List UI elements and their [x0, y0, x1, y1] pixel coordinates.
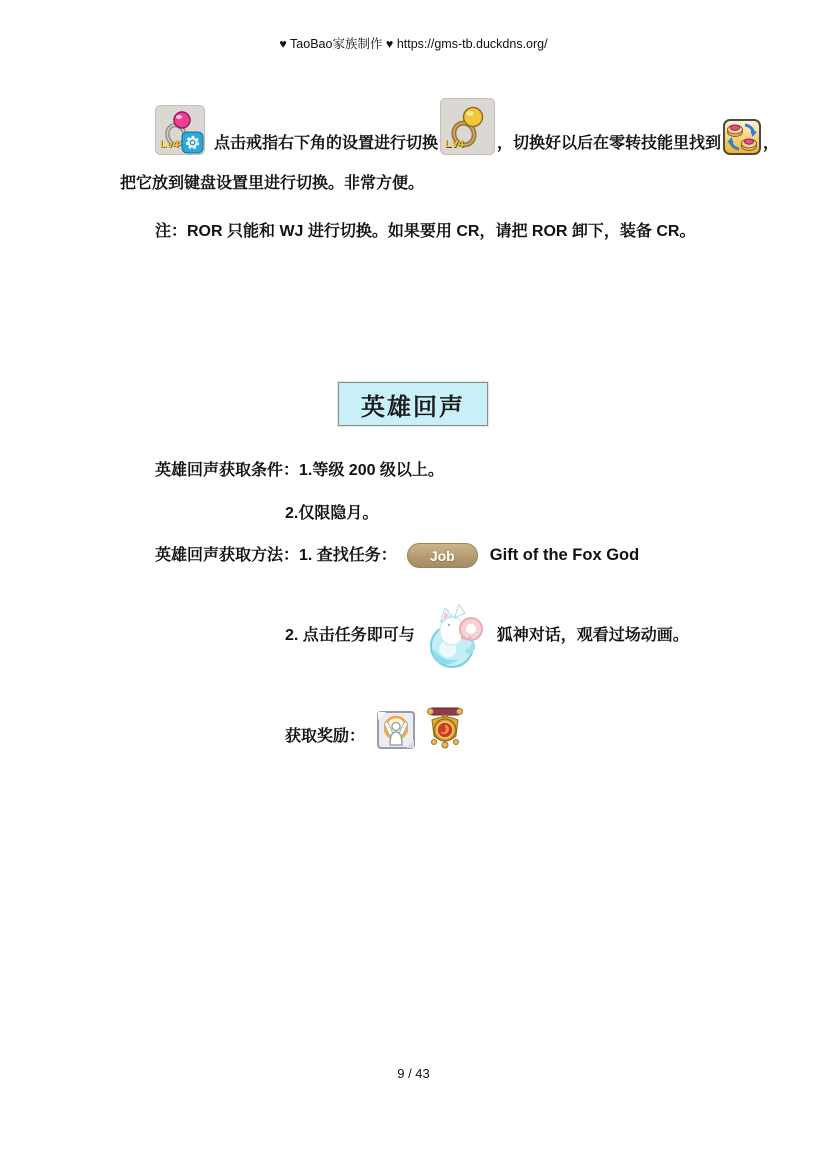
- ror-ring-icon: Lv4 Lv4: [440, 98, 495, 155]
- condition-line-2: 2.仅限隐月。: [285, 503, 378, 525]
- gear-icon: [182, 132, 203, 153]
- intro-line-1: Lv4 Lv4 点击戒指右下角的设置进行切换 Lv4 Lv4: [155, 98, 781, 155]
- intro-line-2: 把它放到键盘设置里进行切换。非常方便。: [120, 173, 424, 195]
- method-line: 英雄回声获取方法：1. 查找任务： Job Gift of the Fox Go…: [155, 543, 639, 568]
- echo-of-hero-skill-icon: [377, 711, 415, 749]
- step2-text-before: 2. 点击任务即可与: [285, 625, 415, 647]
- section-title: 英雄回声: [361, 387, 465, 422]
- step2-text-after: 狐神对话，观看过场动画。: [497, 625, 689, 647]
- weapon-swap-skill-icon: [723, 119, 761, 155]
- condition-line-1: 英雄回声获取条件：1.等级 200 级以上。: [155, 460, 444, 482]
- ring-level-label: Lv4: [160, 138, 180, 150]
- quest-name: Gift of the Fox God: [490, 546, 639, 565]
- fox-god-icon: [425, 603, 487, 669]
- job-badge-label: Job: [430, 548, 455, 564]
- step2-line: 2. 点击任务即可与 狐神对话，观看过场动画。: [285, 602, 689, 670]
- intro-text-1: 点击戒指右下角的设置进行切换: [214, 133, 438, 155]
- page-number: 9 / 43: [0, 1066, 827, 1081]
- intro-text-2: ，切换好以后在零转技能里找到: [497, 133, 721, 155]
- ring-level-label: Lv4: [445, 138, 465, 150]
- medal-reward-icon: [424, 705, 466, 749]
- document-page: ♥ TaoBao家族制作 ♥ https://gms-tb.duckdns.or…: [0, 0, 827, 1170]
- page-header: ♥ TaoBao家族制作 ♥ https://gms-tb.duckdns.or…: [0, 34, 827, 52]
- ring-stack-left: [728, 125, 743, 137]
- intro-note: 注：ROR 只能和 WJ 进行切换。如果要用 CR，请把 ROR 卸下，装备 C…: [155, 221, 695, 243]
- section-title-box: 英雄回声: [338, 382, 488, 426]
- rewards-line: 获取奖励：: [285, 705, 475, 749]
- intro-text-3: ，: [763, 133, 779, 155]
- rewards-label: 获取奖励：: [285, 726, 365, 748]
- job-quest-badge: Job: [407, 543, 478, 568]
- cr-ring-settings-icon: Lv4 Lv4: [155, 105, 205, 155]
- method-text: 英雄回声获取方法：1. 查找任务：: [155, 545, 397, 567]
- ring-stack-right: [742, 139, 757, 151]
